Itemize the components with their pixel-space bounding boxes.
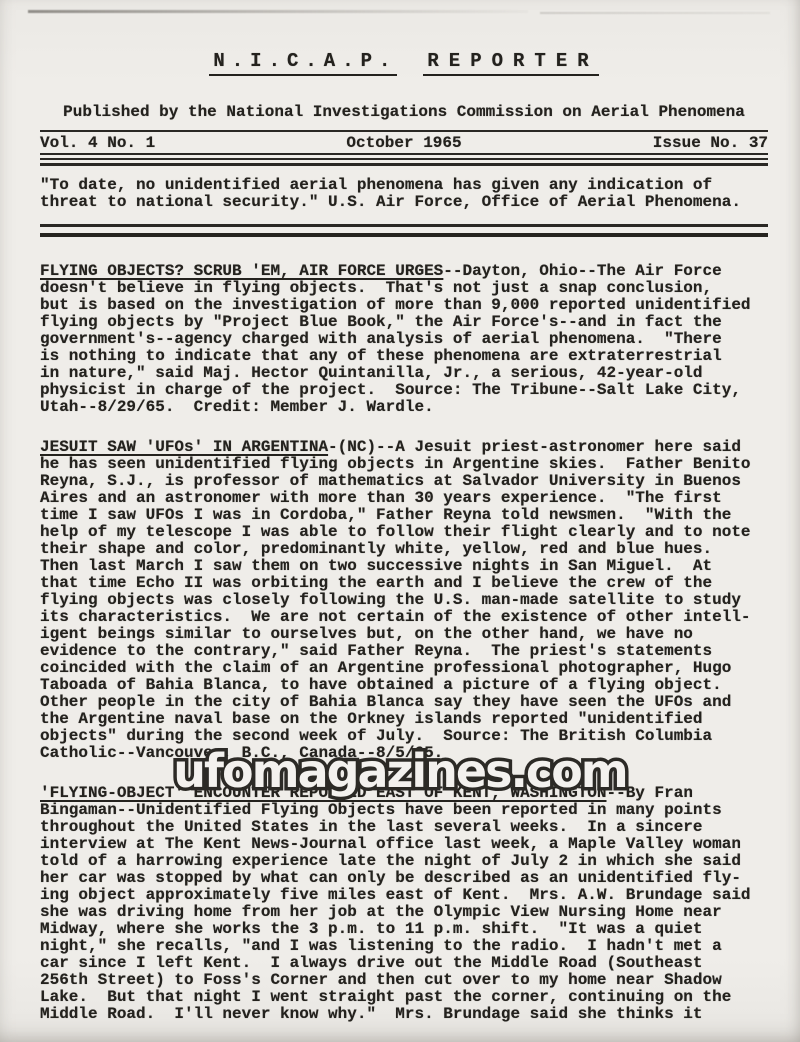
scan-artifact-top-right <box>540 12 770 14</box>
rule <box>40 163 768 166</box>
article-headline: JESUIT SAW 'UFOs' IN ARGENTINA <box>40 438 328 456</box>
title-nicap: N.I.C.A.P. <box>209 50 397 76</box>
publisher-line: Published by the National Investigations… <box>40 103 768 121</box>
masthead-bar: Vol. 4 No. 1 October 1965 Issue No. 37 <box>40 130 768 166</box>
newsletter-page: N.I.C.A.P.REPORTER Published by the Nati… <box>0 0 800 1042</box>
rule <box>40 158 768 160</box>
article-flying-object-encounter: 'FLYING-OBJECT' ENCOUNTER REPORTED EAST … <box>40 785 768 1023</box>
articles-section: FLYING OBJECTS? SCRUB 'EM, AIR FORCE URG… <box>40 263 768 1023</box>
scan-artifact-top <box>28 10 528 13</box>
masthead-row: Vol. 4 No. 1 October 1965 Issue No. 37 <box>40 132 768 155</box>
article-body: --By Fran Bingaman--Unidentified Flying … <box>40 784 751 1023</box>
rule <box>40 224 768 227</box>
article-body: --Dayton, Ohio--The Air Force doesn't be… <box>40 262 751 416</box>
newsletter-title: N.I.C.A.P.REPORTER <box>40 50 768 76</box>
issue-number: Issue No. 37 <box>525 135 768 152</box>
volume-number: Vol. 4 No. 1 <box>40 135 283 152</box>
heavy-divider <box>40 224 768 237</box>
article-body: -(NC)--A Jesuit priest-astronomer here s… <box>40 438 751 762</box>
issue-date: October 1965 <box>283 135 526 152</box>
article-jesuit-saw-ufos: JESUIT SAW 'UFOs' IN ARGENTINA-(NC)--A J… <box>40 439 768 762</box>
article-headline: 'FLYING-OBJECT' ENCOUNTER REPORTED EAST … <box>40 784 607 802</box>
title-reporter: REPORTER <box>423 50 598 76</box>
masthead-double-rule <box>40 158 768 166</box>
article-headline: FLYING OBJECTS? SCRUB 'EM, AIR FORCE URG… <box>40 262 443 280</box>
rule <box>40 233 768 237</box>
air-force-quote: "To date, no unidentified aerial phenome… <box>40 177 768 211</box>
article-flying-objects-scrub-em: FLYING OBJECTS? SCRUB 'EM, AIR FORCE URG… <box>40 263 768 416</box>
